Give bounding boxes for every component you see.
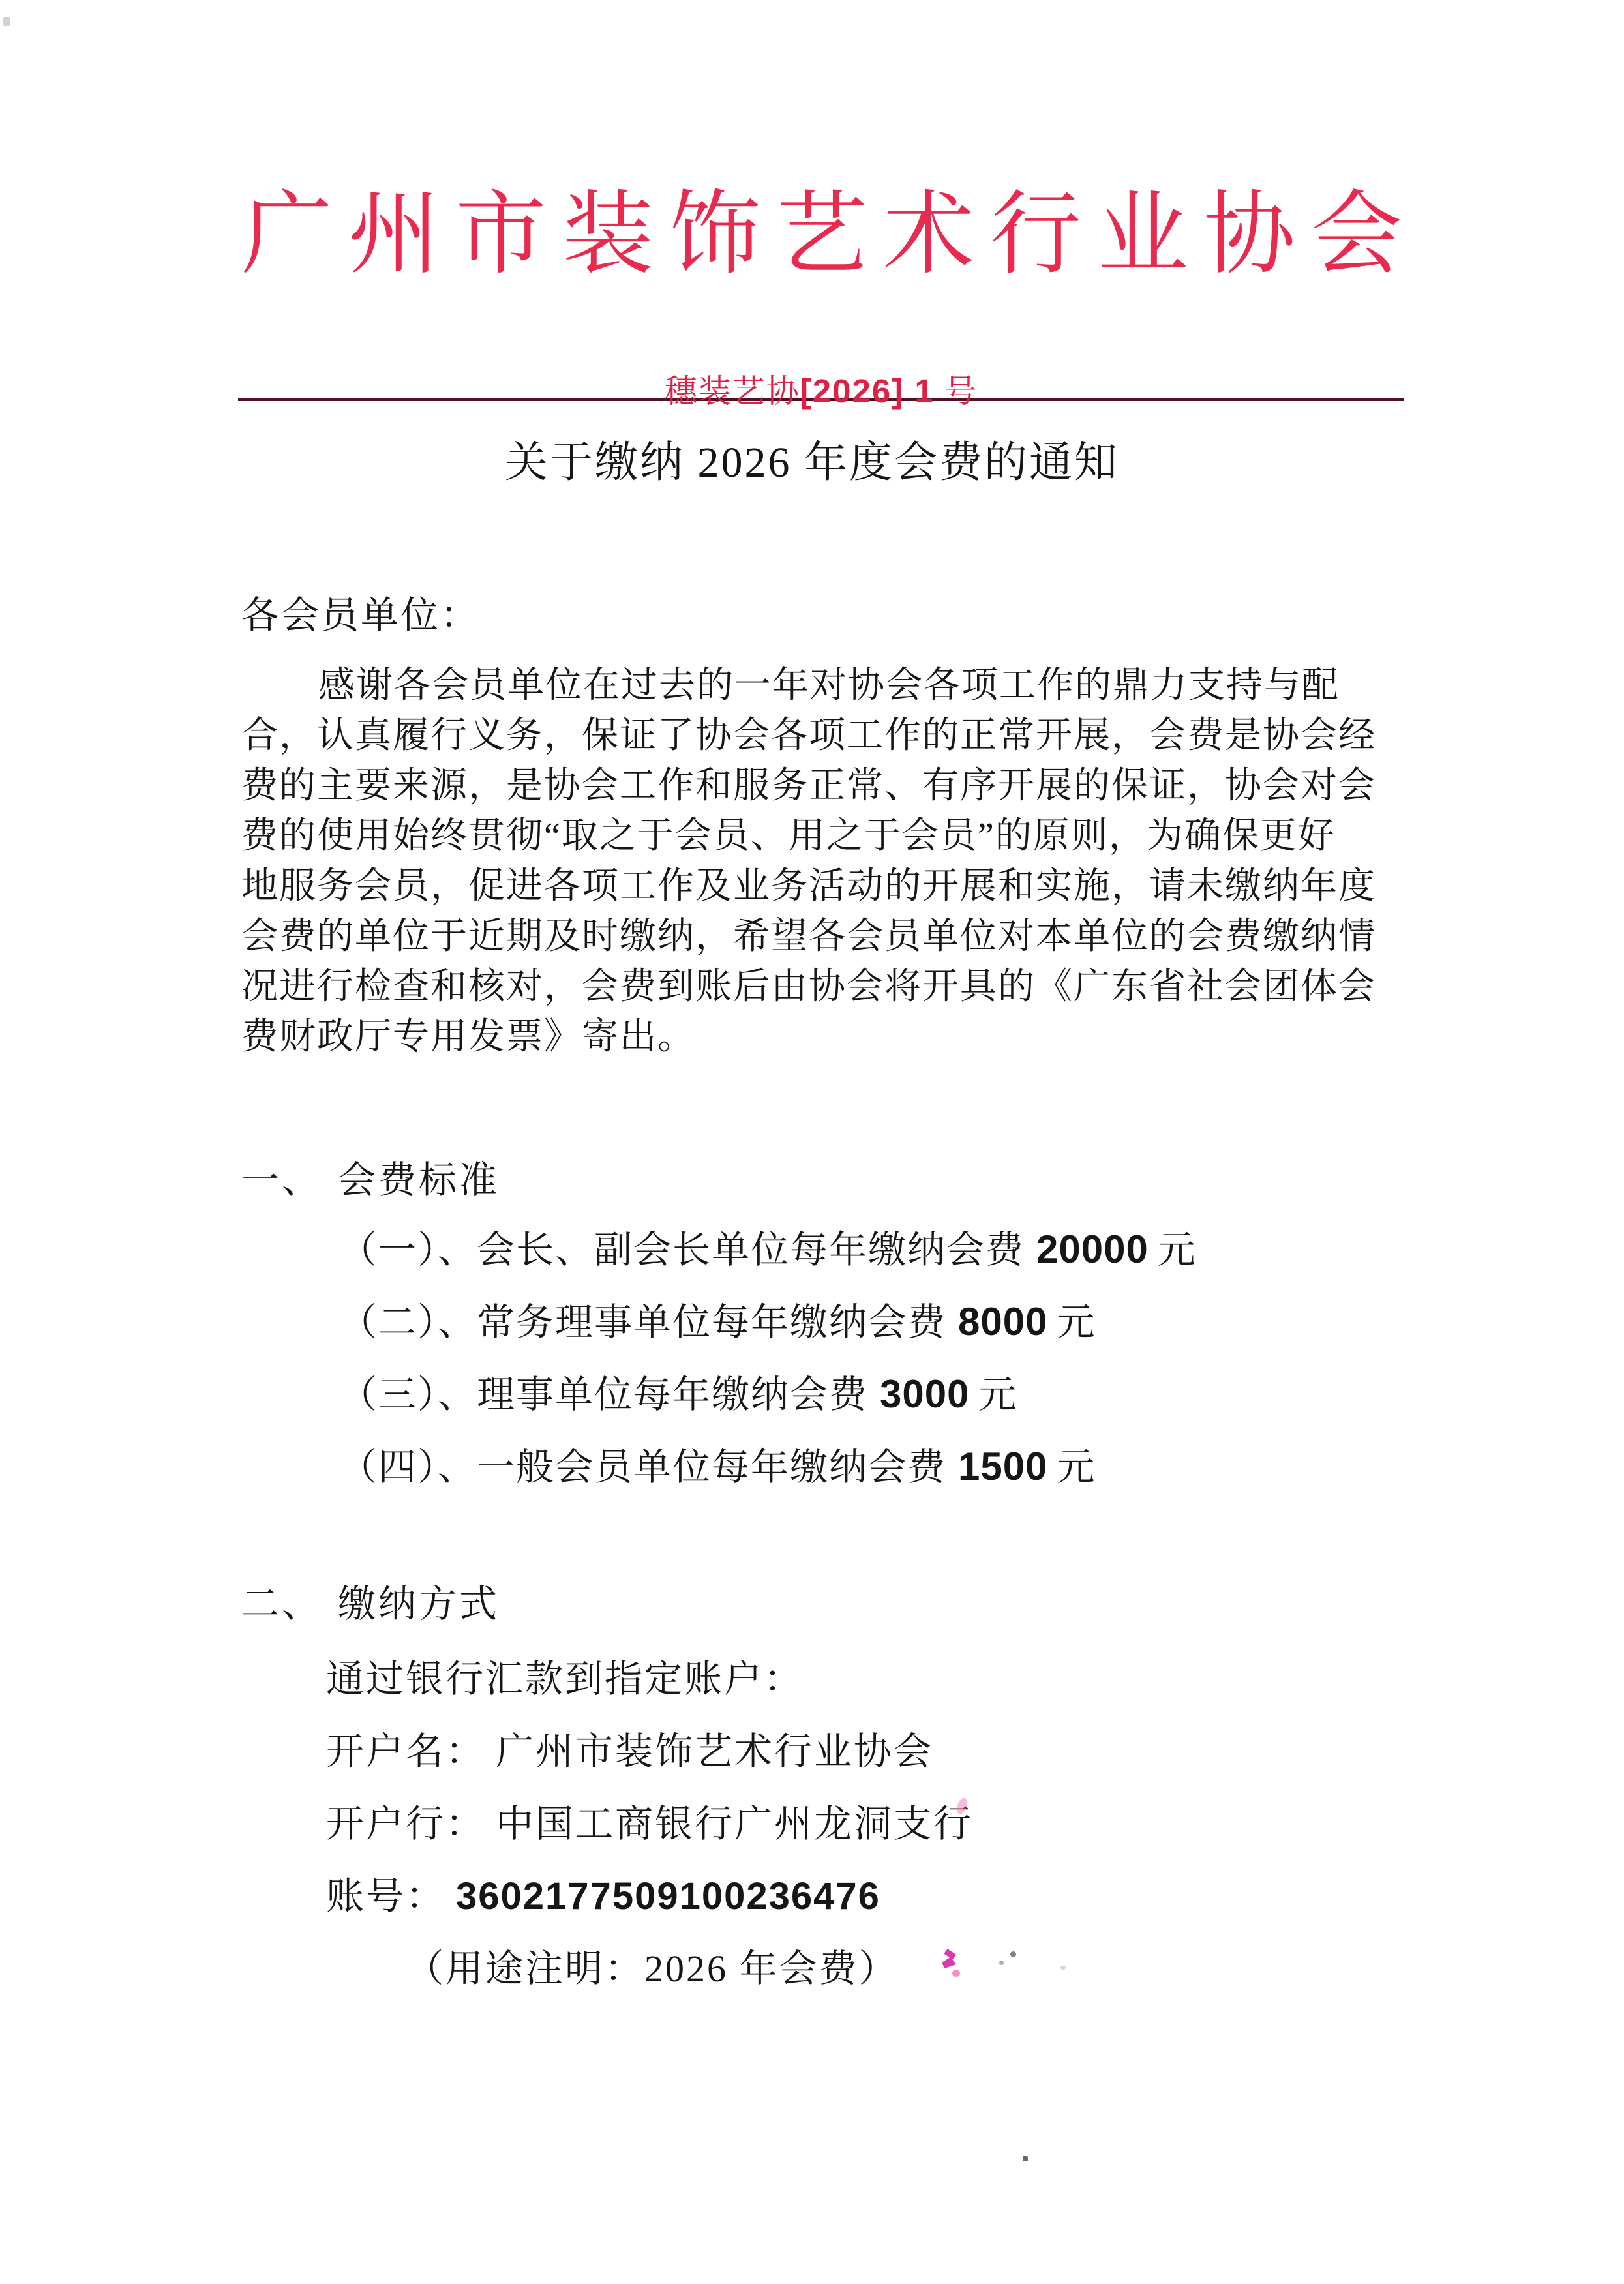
letterhead-org-name: 广州市装饰艺术行业协会: [241, 0, 1383, 282]
fee-standard-heading-number: 一、: [241, 1159, 322, 1201]
fee-item-label: （三）、理事单位每年缴纳会费: [339, 1374, 868, 1416]
fee-standard-heading-label: 会费标准: [338, 1159, 500, 1201]
fee-item-amount: 1500: [958, 1445, 1047, 1488]
document-number-prefix: 穗装艺协: [665, 373, 800, 410]
document-content: 广州市装饰艺术行业协会 穗装艺协[2026] 1 号 关于缴纳 2026 年度会…: [241, 0, 1383, 1992]
document-number-suffix: 号: [944, 373, 978, 410]
payment-fields: 开户名：广州市装饰艺术行业协会开户行：中国工商银行广州龙洞支行账号：360217…: [241, 1729, 1383, 1919]
scanned-notice-page: 广州市装饰艺术行业协会 穗装艺协[2026] 1 号 关于缴纳 2026 年度会…: [0, 0, 1624, 2284]
notice-title: 关于缴纳 2026 年度会费的通知: [241, 439, 1383, 487]
payment-method-heading: 二、缴纳方式: [241, 1583, 1383, 1626]
fee-item-label: （一）、会长、副会长单位每年缴纳会费: [339, 1229, 1025, 1271]
fee-item-label: （四）、一般会员单位每年缴纳会费: [339, 1446, 946, 1488]
paragraph-line: 费的主要来源，是协会工作和服务正常、有序开展的保证，协会对会: [241, 761, 1383, 811]
document-number: 穗装艺协[2026] 1 号: [665, 374, 978, 409]
fee-item-row: （一）、会长、副会长单位每年缴纳会费20000元: [241, 1227, 1383, 1273]
payment-field-row: 开户名：广州市装饰艺术行业协会: [241, 1729, 1383, 1775]
fee-item-unit: 元: [979, 1374, 1018, 1416]
paragraph-line: 地服务会员，促进各项工作及业务活动的开展和实施，请未缴纳年度: [241, 862, 1383, 912]
paragraph-line: 费财政厅专用发票》寄出。: [241, 1012, 1383, 1062]
fee-item-row: （四）、一般会员单位每年缴纳会费1500元: [241, 1444, 1383, 1490]
payment-intro: 通过银行汇款到指定账户：: [241, 1657, 1383, 1702]
fee-standard-list: （一）、会长、副会长单位每年缴纳会费20000元（二）、常务理事单位每年缴纳会费…: [241, 1227, 1383, 1490]
payment-field-value: 中国工商银行广州龙洞支行: [496, 1803, 973, 1845]
salutation: 各会员单位：: [241, 594, 1383, 637]
fee-item-unit: 元: [1158, 1229, 1197, 1271]
document-number-bracket: [2026] 1: [800, 372, 935, 410]
fee-item-amount: 20000: [1036, 1227, 1149, 1271]
payment-field-value: 广州市装饰艺术行业协会: [496, 1730, 933, 1773]
fee-item-amount: 8000: [958, 1300, 1047, 1344]
fee-item-row: （三）、理事单位每年缴纳会费3000元: [241, 1372, 1383, 1418]
paragraph-line: 感谢各会员单位在过去的一年对协会各项工作的鼎力支持与配: [241, 661, 1383, 711]
paragraph-line: 况进行检查和核对，会费到账后由协会将开具的《广东省社会团体会: [241, 962, 1383, 1012]
paragraph-line: 费的使用始终贯彻“取之于会员、用之于会员”的原则，为确保更好: [241, 811, 1383, 862]
fee-item-amount: 3000: [880, 1372, 969, 1416]
fee-standard-heading: 一、会费标准: [241, 1159, 1383, 1202]
fee-item-label: （二）、常务理事单位每年缴纳会费: [339, 1301, 946, 1344]
fee-item-unit: 元: [1057, 1301, 1096, 1344]
notice-body-paragraph: 感谢各会员单位在过去的一年对协会各项工作的鼎力支持与配合，认真履行义务，保证了协…: [241, 661, 1383, 1062]
payment-field-label: 账号：: [326, 1875, 445, 1917]
payment-purpose-note: （用途注明：2026 年会费）: [241, 1946, 1383, 1992]
scan-artifact: [3, 17, 10, 26]
fee-item-row: （二）、常务理事单位每年缴纳会费8000元: [241, 1299, 1383, 1345]
scan-artifact-speck: [1023, 2156, 1028, 2161]
payment-method-heading-label: 缴纳方式: [338, 1583, 500, 1625]
payment-field-label: 开户行：: [326, 1803, 485, 1845]
payment-field-row: 开户行：中国工商银行广州龙洞支行: [241, 1801, 1383, 1847]
paragraph-line: 合，认真履行义务，保证了协会各项工作的正常开展，会费是协会经: [241, 711, 1383, 761]
fee-item-unit: 元: [1057, 1446, 1096, 1488]
payment-method-heading-number: 二、: [241, 1583, 322, 1625]
letterhead-rule: 穗装艺协[2026] 1 号: [238, 359, 1404, 401]
paragraph-line: 会费的单位于近期及时缴纳，希望各会员单位对本单位的会费缴纳情: [241, 912, 1383, 962]
payment-field-row: 账号：3602177509100236476: [241, 1874, 1383, 1919]
payment-field-value: 3602177509100236476: [456, 1875, 880, 1917]
payment-field-label: 开户名：: [326, 1730, 485, 1773]
